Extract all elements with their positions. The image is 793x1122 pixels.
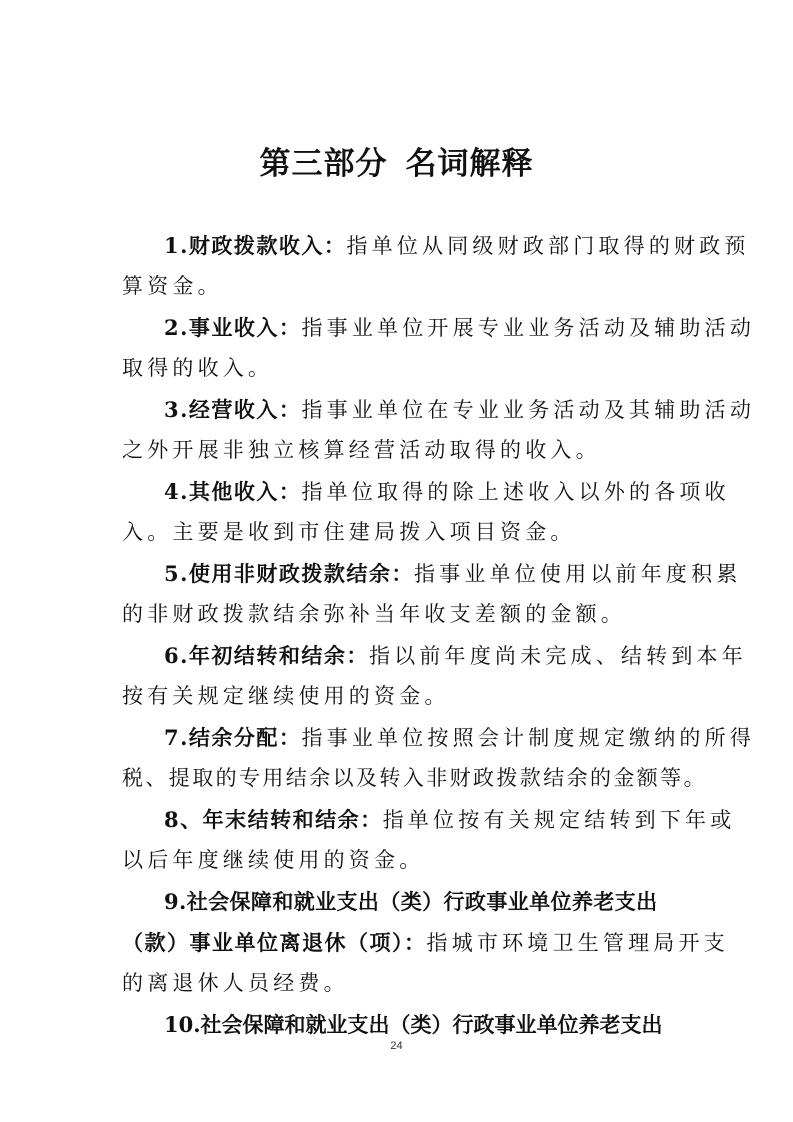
term-definition: 指事业单位在专业业务活动及其辅助活动 [301, 398, 755, 422]
glossary-line: 取得的收入。 [122, 348, 674, 389]
term-definition: 税、提取的专用结余以及转入非财政拨款结余的金额等。 [122, 766, 707, 790]
term-definition: 以后年度继续使用的资金。 [122, 848, 424, 872]
glossary-line: 9.社会保障和就业支出（类）行政事业单位养老支出 [122, 881, 674, 922]
glossary-line: 按有关规定继续使用的资金。 [122, 676, 674, 717]
page-title: 第三部分名词解释 [0, 138, 793, 183]
term-label: 10.社会保障和就业支出（类）行政事业单位养老支出 [164, 1012, 663, 1037]
term-label: 6.年初结转和结余： [164, 643, 369, 668]
term-label: 1.财政拨款收入： [164, 233, 346, 258]
title-part: 第三部分 [260, 146, 388, 182]
term-definition: 算资金。 [122, 274, 223, 298]
glossary-line: 之外开展非独立核算经营活动取得的收入。 [122, 430, 674, 471]
glossary-line: 7.结余分配：指事业单位按照会计制度规定缴纳的所得 [122, 717, 674, 758]
term-label: 2.事业收入： [164, 315, 301, 340]
term-label: （款）事业单位离退休（项）： [122, 930, 427, 955]
term-definition: 的非财政拨款结余弥补当年收支差额的金额。 [122, 602, 626, 626]
glossary-line: 算资金。 [122, 266, 674, 307]
term-definition: 指单位从同级财政部门取得的财政预 [346, 234, 749, 258]
glossary-line: 税、提取的专用结余以及转入非财政拨款结余的金额等。 [122, 758, 674, 799]
term-label: 3.经营收入： [164, 397, 301, 422]
term-label: 5.使用非财政拨款结余： [164, 561, 414, 586]
glossary-line: 3.经营收入：指事业单位在专业业务活动及其辅助活动 [122, 389, 674, 430]
glossary-line: 6.年初结转和结余：指以前年度尚未完成、结转到本年 [122, 635, 674, 676]
glossary-line: 4.其他收入：指单位取得的除上述收入以外的各项收 [122, 471, 674, 512]
glossary-line: 入。主要是收到市住建局拨入项目资金。 [122, 512, 674, 553]
title-name: 名词解释 [406, 146, 534, 182]
term-definition: 指单位取得的除上述收入以外的各项收 [301, 480, 729, 504]
term-label: 9.社会保障和就业支出（类）行政事业单位养老支出 [164, 889, 658, 914]
term-label: 4.其他收入： [164, 479, 301, 504]
term-definition: 的离退休人员经费。 [122, 971, 349, 995]
term-definition: 按有关规定继续使用的资金。 [122, 684, 450, 708]
term-definition: 指以前年度尚未完成、结转到本年 [369, 644, 747, 668]
glossary-line: 5.使用非财政拨款结余：指事业单位使用以前年度积累 [122, 553, 674, 594]
term-definition: 入。主要是收到市住建局拨入项目资金。 [122, 520, 576, 544]
term-definition: 取得的收入。 [122, 356, 273, 380]
term-label: 7.结余分配： [164, 725, 301, 750]
term-definition: 指事业单位按照会计制度规定缴纳的所得 [301, 726, 755, 750]
term-definition: 指事业单位开展专业业务活动及辅助活动 [301, 316, 755, 340]
term-definition: 指事业单位使用以前年度积累 [414, 562, 742, 586]
term-definition: 指城市环境卫生管理局开支 [427, 931, 729, 955]
glossary-line: 2.事业收入：指事业单位开展专业业务活动及辅助活动 [122, 307, 674, 348]
page-number: 24 [0, 1040, 793, 1052]
glossary-line: 10.社会保障和就业支出（类）行政事业单位养老支出 [122, 1004, 674, 1045]
glossary-line: （款）事业单位离退休（项）：指城市环境卫生管理局开支 [122, 922, 674, 963]
term-definition: 指单位按有关规定结转到下年或 [383, 808, 736, 832]
glossary-line: 的离退休人员经费。 [122, 963, 674, 1004]
glossary-line: 1.财政拨款收入：指单位从同级财政部门取得的财政预 [122, 225, 674, 266]
glossary-line: 的非财政拨款结余弥补当年收支差额的金额。 [122, 594, 674, 635]
glossary-line: 以后年度继续使用的资金。 [122, 840, 674, 881]
glossary-line: 8、年末结转和结余：指单位按有关规定结转到下年或 [122, 799, 674, 840]
term-label: 8、年末结转和结余： [164, 807, 383, 832]
glossary-body: 1.财政拨款收入：指单位从同级财政部门取得的财政预 算资金。 2.事业收入：指事… [122, 225, 674, 1045]
term-definition: 之外开展非独立核算经营活动取得的收入。 [122, 438, 601, 462]
